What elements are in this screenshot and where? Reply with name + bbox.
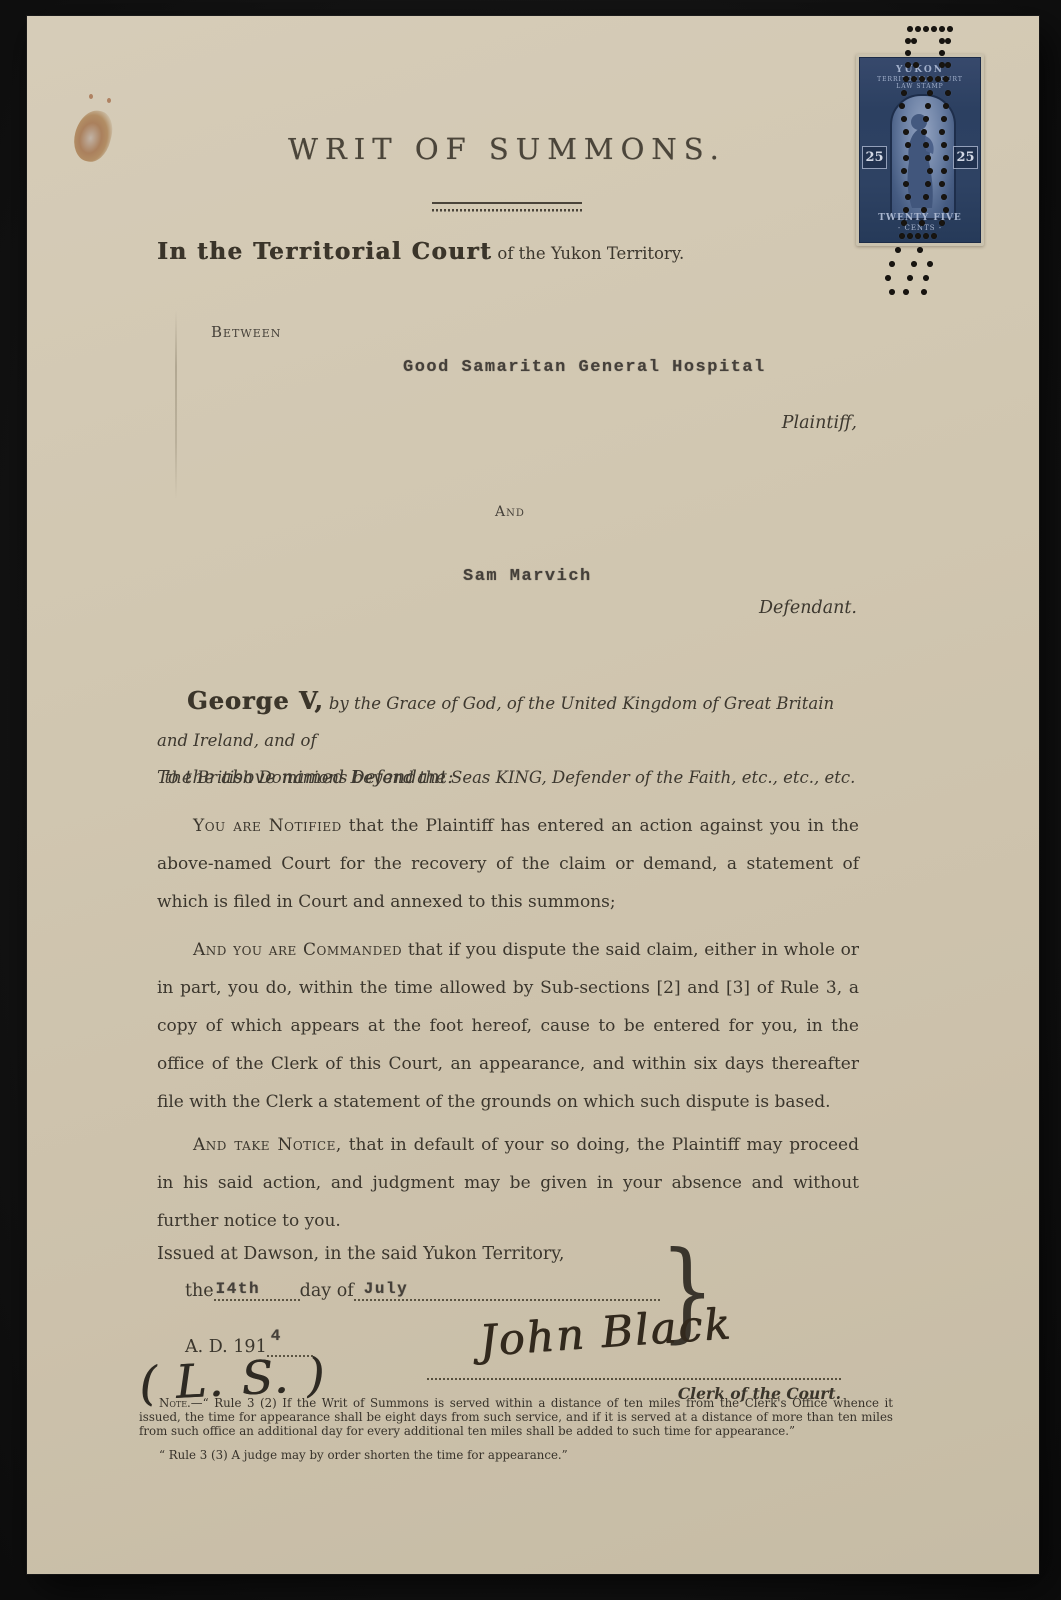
day-of-label: day of: [300, 1281, 354, 1301]
perfin-hole: [939, 50, 945, 56]
perfin-hole: [901, 220, 907, 226]
and-label: And: [495, 504, 525, 520]
revenue-stamp: YUKON TERRITORIAL COURT LAW STAMP 25 25 …: [856, 54, 984, 246]
note-text: “ Rule 3 (2) If the Writ of Summons is s…: [139, 1396, 893, 1438]
photo-background: { "doc": { "title": "WRIT OF SUMMONS.", …: [0, 0, 1061, 1600]
footnote-rule-3-2: Note.—“ Rule 3 (2) If the Writ of Summon…: [139, 1396, 893, 1438]
perfin-hole: [943, 76, 949, 82]
notified-paragraph: You are Notified that the Plaintiff has …: [157, 807, 859, 921]
perfin-hole: [911, 76, 917, 82]
perfin-hole: [941, 116, 947, 122]
perfin-hole: [903, 289, 909, 295]
perfin-hole: [943, 103, 949, 109]
perfin-hole: [941, 142, 947, 148]
perfin-hole: [903, 76, 909, 82]
between-label: Between: [211, 323, 281, 341]
day-blank: I4th: [214, 1278, 300, 1301]
salutation: To the above named Defendant:: [157, 768, 454, 788]
perfin-hole: [945, 38, 951, 44]
footnote-rule-3-3: “ Rule 3 (3) A judge may by order shorte…: [139, 1448, 893, 1462]
perfin-hole: [935, 76, 941, 82]
paper-speck: [89, 94, 93, 99]
perfin-hole: [927, 168, 933, 174]
revenue-stamp-design: YUKON TERRITORIAL COURT LAW STAMP 25 25 …: [859, 57, 981, 243]
perfin-hole: [923, 142, 929, 148]
perfin-hole: [903, 181, 909, 187]
perfin-hole: [889, 289, 895, 295]
perfin-hole: [923, 194, 929, 200]
stamp-country: YUKON: [860, 65, 980, 75]
plaintiff-name: Good Samaritan General Hospital: [403, 358, 766, 377]
perfin-hole: [925, 103, 931, 109]
date-line: theI4thday ofJuly: [185, 1278, 660, 1301]
perfin-hole: [885, 275, 891, 281]
perfin-hole: [923, 233, 929, 239]
paragraph-lead: And take Notice,: [193, 1135, 342, 1155]
perfin-hole: [919, 76, 925, 82]
commanded-paragraph: And you are Commanded that if you disput…: [157, 931, 859, 1121]
take-notice-paragraph: And take Notice, that in default of your…: [157, 1126, 859, 1240]
perfin-hole: [903, 207, 909, 213]
perfin-hole: [921, 289, 927, 295]
perfin-hole: [919, 220, 925, 226]
the-label: the: [185, 1281, 214, 1301]
perfin-hole: [947, 26, 953, 32]
perfin-hole: [945, 90, 951, 96]
perfin-hole: [913, 62, 919, 68]
paper-crease: [175, 310, 177, 500]
issued-at-line: Issued at Dawson, in the said Yukon Terr…: [157, 1244, 564, 1264]
day-value: I4th: [216, 1280, 260, 1298]
perfin-hole: [901, 90, 907, 96]
perfin-hole: [923, 26, 929, 32]
document-title: WRIT OF SUMMONS.: [157, 132, 857, 166]
footnote-block: Note.—“ Rule 3 (2) If the Writ of Summon…: [139, 1396, 893, 1462]
perfin-hole: [905, 142, 911, 148]
court-name-gothic: In the Territorial Court: [157, 238, 492, 265]
paper-stain: [69, 106, 117, 165]
perfin-hole: [941, 168, 947, 174]
perfin-hole: [921, 207, 927, 213]
perfin-hole: [939, 129, 945, 135]
perfin-hole: [903, 155, 909, 161]
perfin-hole: [911, 261, 917, 267]
perfin-hole: [907, 26, 913, 32]
perfin-hole: [923, 275, 929, 281]
perfin-hole: [921, 129, 927, 135]
perfin-hole: [927, 261, 933, 267]
perfin-hole: [907, 275, 913, 281]
defendant-name: Sam Marvich: [463, 567, 592, 586]
perfin-hole: [903, 129, 909, 135]
perfin-hole: [905, 62, 911, 68]
perfin-hole: [931, 26, 937, 32]
month-blank: July: [354, 1278, 660, 1301]
perfin-hole: [927, 90, 933, 96]
perfin-hole: [899, 233, 905, 239]
paragraph-text: that if you dispute the said claim, eith…: [157, 940, 859, 1112]
perfin-hole: [917, 247, 923, 253]
perfin-hole: [915, 233, 921, 239]
writ-document-page: WRIT OF SUMMONS. In the Territorial Cour…: [27, 16, 1039, 1574]
perfin-hole: [889, 261, 895, 267]
month-value: July: [364, 1280, 408, 1298]
court-heading: In the Territorial Court of the Yukon Te…: [157, 238, 684, 265]
note-text: “ Rule 3 (3) A judge may by order shorte…: [159, 1448, 568, 1462]
perfin-hole: [939, 181, 945, 187]
paragraph-lead: And you are Commanded: [193, 940, 402, 960]
perfin-hole: [901, 116, 907, 122]
perfin-hole: [925, 181, 931, 187]
title-rule-ornament: [432, 202, 582, 212]
perfin-hole: [923, 116, 929, 122]
perfin-hole: [925, 155, 931, 161]
perfin-hole: [905, 50, 911, 56]
perfin-hole: [915, 26, 921, 32]
perfin-hole: [939, 220, 945, 226]
perfin-hole: [943, 155, 949, 161]
defendant-role-label: Defendant.: [157, 598, 857, 618]
paper-speck: [107, 98, 111, 103]
year-value: 4: [271, 1327, 282, 1345]
court-name-rest: of the Yukon Territory.: [492, 244, 684, 263]
paragraph-lead: You are Notified: [193, 816, 342, 836]
stamp-denomination-left: 25: [862, 146, 887, 169]
perfin-hole: [895, 247, 901, 253]
perfin-hole: [911, 38, 917, 44]
plaintiff-role-label: Plaintiff,: [157, 413, 857, 433]
perfin-hole: [905, 194, 911, 200]
perfin-hole: [945, 62, 951, 68]
perfin-hole: [943, 207, 949, 213]
stamp-denomination-right: 25: [953, 146, 978, 169]
perfin-hole: [939, 26, 945, 32]
perfin-hole: [907, 233, 913, 239]
perfin-hole: [901, 168, 907, 174]
signature-line: [427, 1378, 841, 1380]
perfin-hole: [941, 194, 947, 200]
perfin-hole: [899, 103, 905, 109]
perfin-hole: [927, 76, 933, 82]
note-lead: Note.—: [159, 1396, 203, 1410]
perfin-hole: [931, 233, 937, 239]
stamp-law-line: LAW STAMP: [860, 83, 980, 90]
clerk-signature: John Black: [478, 1299, 734, 1367]
monarch-name-gothic: George V,: [187, 686, 324, 715]
